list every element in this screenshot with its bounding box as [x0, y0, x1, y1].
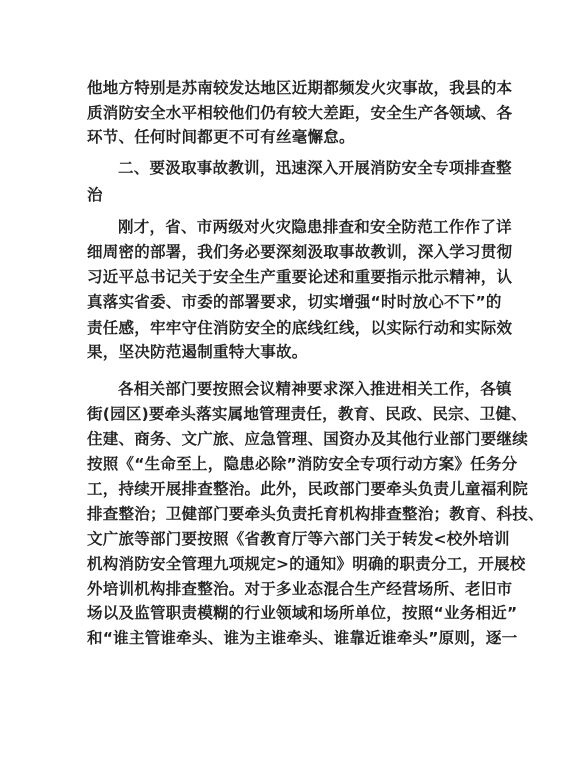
text-line: 刚才，省、市两级对火灾隐患排查和安全防范工作作了详	[118, 217, 512, 237]
text-line: 和“谁主管谁牵头、谁为主谁牵头、谁靠近谁牵头”原则，逐一	[87, 628, 517, 648]
text-line: 细周密的部署，我们务必要深刻汲取事故教训，深入学习贯彻	[87, 242, 512, 262]
text-line: 工，持续开展排查整治。此外，民政部门要牵头负责儿童福利院	[87, 479, 528, 499]
section-heading-continued: 治	[87, 185, 103, 205]
text-line: 住建、商务、文广旅、应急管理、国资办及其他行业部门要继续	[87, 429, 528, 449]
section-heading: 二、要汲取事故教训，迅速深入开展消防安全专项排查整	[118, 158, 512, 178]
text-line: 质消防安全水平相较他们仍有较大差距，安全生产各领域、各	[87, 103, 512, 123]
text-line: 真落实省委、市委的部署要求，切实增强“时时放心不下”的	[87, 292, 502, 312]
text-line: 场以及监管职责模糊的行业领域和场所单位，按照“业务相近”	[87, 603, 517, 623]
text-line: 文广旅等部门要按照《省教育厅等六部门关于转发<校外培训	[87, 529, 510, 549]
text-line: 各相关部门要按照会议精神要求深入推进相关工作，各镇	[118, 379, 512, 399]
text-line: 责任感，牢牢守住消防安全的底线红线，以实际行动和实际效	[87, 318, 512, 338]
text-line: 习近平总书记关于安全生产重要论述和重要指示批示精神，认	[87, 267, 512, 287]
text-line: 果，坚决防范遏制重特大事故。	[87, 342, 308, 362]
text-line: 排查整治；卫健部门要牵头负责托育机构排查整治；教育、科技、	[87, 504, 544, 524]
text-line: 机构消防安全管理九项规定>的通知》明确的职责分工，开展校	[87, 554, 526, 574]
text-line: 按照《“生命至上，隐患必除”消防安全专项行动方案》任务分	[87, 454, 517, 474]
document-page: 他地方特别是苏南较发达地区近期都频发火灾事故，我县的本 质消防安全水平相较他们仍…	[0, 0, 586, 759]
text-line: 环节、任何时间都更不可有丝毫懈怠。	[87, 127, 355, 147]
text-line: 外培训机构排查整治。对于多业态混合生产经营场所、老旧市	[87, 579, 512, 599]
text-line: 他地方特别是苏南较发达地区近期都频发火灾事故，我县的本	[87, 78, 512, 98]
text-line: 街(园区)要牵头落实属地管理责任，教育、民政、民宗、卫健、	[87, 404, 527, 424]
